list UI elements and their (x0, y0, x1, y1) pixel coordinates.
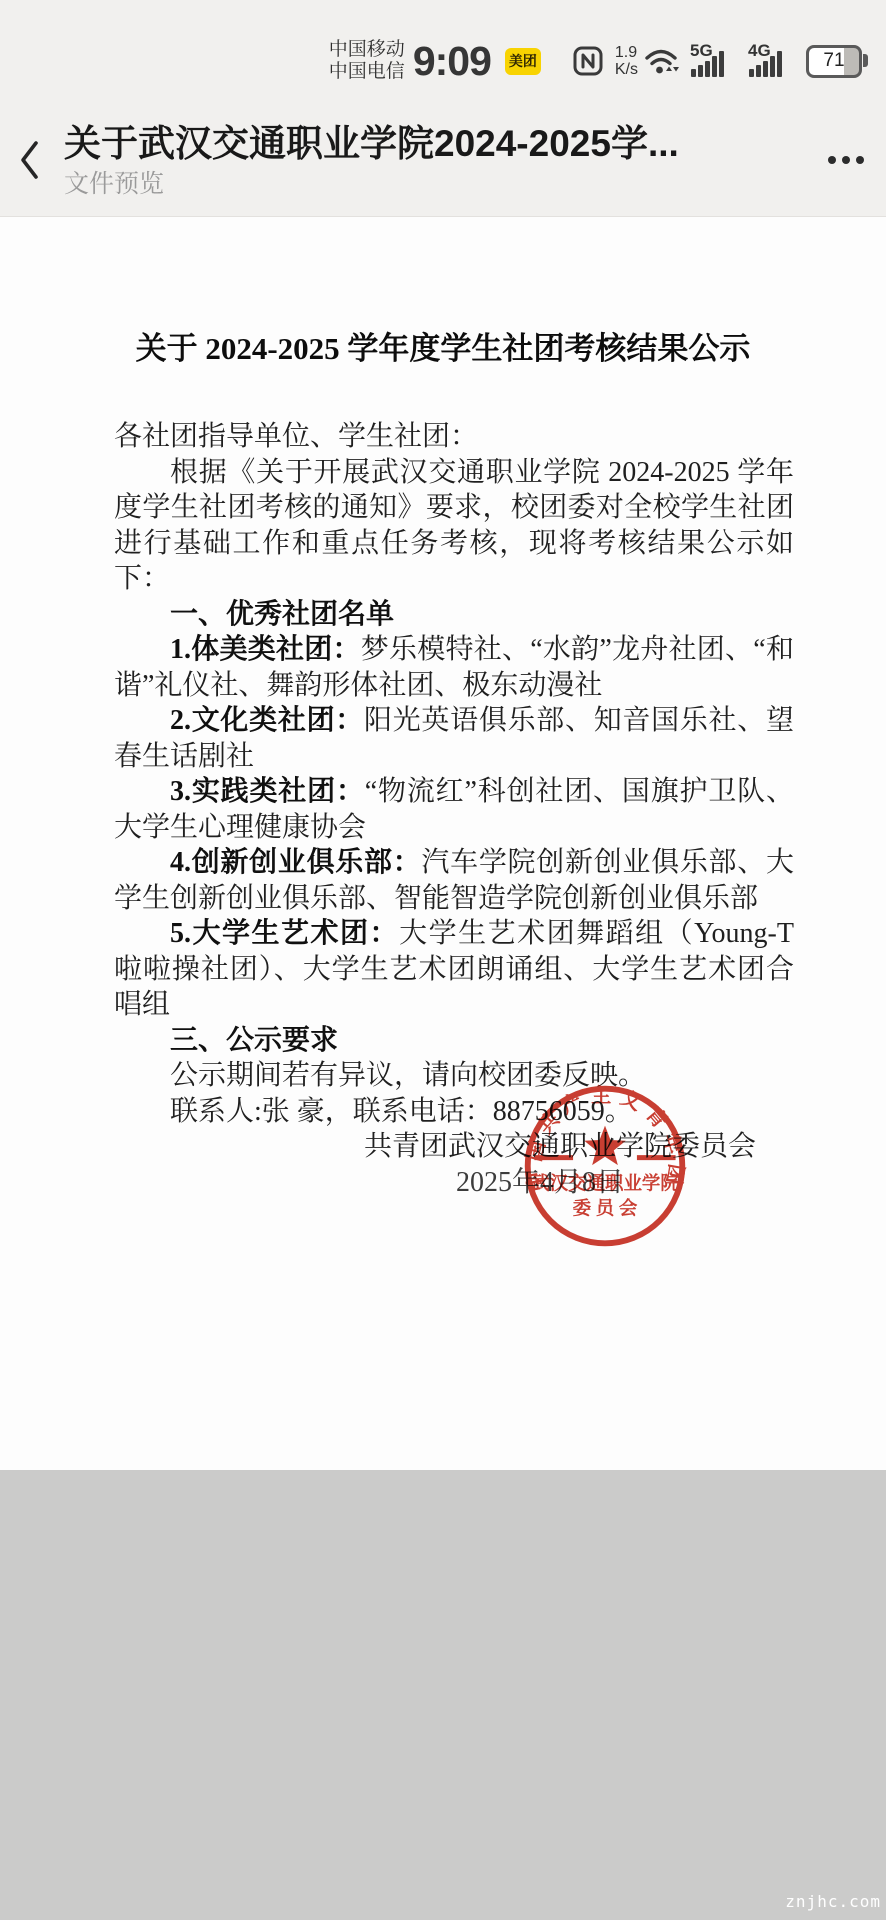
back-button[interactable] (18, 136, 48, 184)
carrier-labels: 中国移动 中国电信 (329, 39, 405, 83)
doc-paragraph: 联系人:张 豪，联系电话：88756059。 (114, 1094, 794, 1130)
paragraph-label: 4.创新创业俱乐部： (170, 847, 421, 878)
doc-paragraph: 各社团指导单位、学生社团： (114, 419, 794, 455)
page-title: 关于武汉交通职业学院2024-2025学... (64, 123, 826, 165)
doc-section-heading: 一、优秀社团名单 (114, 597, 794, 633)
battery-indicator: 71 (806, 45, 862, 78)
doc-paragraph: 3.实践类社团：“物流红”科创社团、国旗护卫队、大学生心理健康协会 (114, 774, 794, 845)
paragraph-label: 2.文化类社团： (170, 705, 364, 736)
carrier-primary: 中国移动 (329, 39, 405, 61)
signature-line: 共青团武汉交通职业学院委员会 (114, 1129, 794, 1165)
document-title: 关于 2024-2025 学年度学生社团考核结果公示 (0, 217, 886, 369)
back-chevron-icon (18, 138, 40, 182)
paragraph-label: 1.体美类社团： (170, 634, 361, 665)
signal-5g: 5G (690, 43, 740, 79)
nfc-icon (573, 46, 603, 76)
doc-section-heading: 三、公示要求 (114, 1023, 794, 1059)
top-bar: 中国移动 中国电信 9:09 美团 1.9 K/s (0, 0, 886, 217)
network-speed-value: 1.9 (615, 44, 638, 61)
wifi-icon (644, 46, 682, 76)
signal-4g-bars (749, 51, 782, 77)
signal-5g-bars (691, 51, 724, 77)
doc-paragraph: 1.体美类社团：梦乐模特社、“水韵”龙舟社团、“和谐”礼仪社、舞韵形体社团、极东… (114, 632, 794, 703)
carrier-secondary: 中国电信 (329, 61, 405, 83)
date-line: 2025年4月8日 (114, 1165, 794, 1201)
status-bar: 中国移动 中国电信 9:09 美团 1.9 K/s (0, 0, 886, 104)
network-speed-indicator: 1.9 K/s (615, 44, 638, 78)
more-menu-button[interactable] (826, 146, 866, 174)
network-speed-unit: K/s (615, 61, 638, 78)
doc-paragraph: 公示期间若有异议，请向校团委反映。 (114, 1058, 794, 1094)
document-body: 各社团指导单位、学生社团： 根据《关于开展武汉交通职业学院 2024-2025 … (0, 419, 886, 1200)
nav-bar: 关于武汉交通职业学院2024-2025学... 文件预览 (0, 104, 886, 216)
page-subtitle: 文件预览 (64, 170, 826, 198)
nav-title-block: 关于武汉交通职业学院2024-2025学... 文件预览 (64, 123, 826, 198)
site-watermark: znjhc.com (785, 1892, 881, 1911)
doc-paragraph: 2.文化类社团：阳光英语俱乐部、知音国乐社、望春生话剧社 (114, 703, 794, 774)
status-time: 9:09 (413, 38, 491, 85)
doc-paragraph: 5.大学生艺术团：大学生艺术团舞蹈组（Young-T 啦啦操社团）、大学生艺术团… (114, 916, 794, 1023)
file-preview-screen: 中国移动 中国电信 9:09 美团 1.9 K/s (0, 0, 886, 1920)
doc-paragraph: 4.创新创业俱乐部：汽车学院创新创业俱乐部、大学生创新创业俱乐部、智能智造学院创… (114, 845, 794, 916)
doc-paragraph: 根据《关于开展武汉交通职业学院 2024-2025 学年度学生社团考核的通知》要… (114, 455, 794, 597)
meituan-app-badge: 美团 (505, 48, 541, 75)
document-preview[interactable]: 关于 2024-2025 学年度学生社团考核结果公示 各社团指导单位、学生社团：… (0, 217, 886, 1470)
paragraph-label: 3.实践类社团： (170, 776, 365, 807)
more-dots-icon (828, 156, 836, 164)
signal-4g: 4G (748, 43, 798, 79)
paragraph-label: 5.大学生艺术团： (170, 918, 399, 949)
battery-percent: 71 (823, 50, 844, 72)
